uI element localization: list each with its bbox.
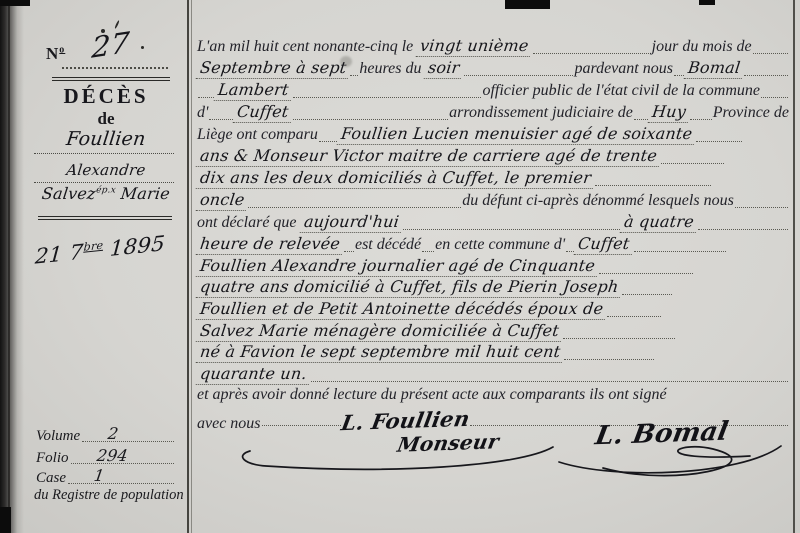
dotted-blank-line [761, 96, 788, 98]
date-year: 1895 [109, 231, 166, 261]
dotted-blank-line [698, 228, 788, 230]
act-line: Septembre à septheures du soirpardevant … [197, 58, 789, 80]
dotted-blank-line [248, 206, 461, 208]
dotted-blank-line [344, 250, 354, 252]
act-text-handwritten: Huy [648, 102, 690, 123]
page-right-edge [793, 0, 795, 533]
dotted-blank-line [661, 162, 725, 164]
margin-date: 21 7bre 1895 [34, 231, 165, 268]
column-separator-rule [187, 0, 189, 533]
dotted-blank-line [293, 96, 482, 98]
act-line: ans & Monseur Victor maitre de carriere … [197, 146, 789, 168]
scan-ink-mark [0, 0, 30, 6]
dotted-blank-line [34, 181, 174, 183]
act-line: né à Favion le sept septembre mil huit c… [197, 342, 789, 364]
ink-speck [141, 46, 144, 49]
act-line: Foullien et de Petit Antoinette décédés … [197, 299, 789, 321]
date-month-sup: bre [83, 239, 104, 254]
act-line: d'Cuffetarrondissement judiciaire deHuyP… [197, 102, 789, 124]
dotted-blank-line [674, 74, 684, 76]
dotted-blank-line [735, 206, 788, 208]
act-text-handwritten: Cuffet [574, 234, 634, 255]
book-binding-edge [0, 0, 24, 533]
act-text-handwritten: Foullien Alexandre journalier agé de Cin… [196, 256, 600, 277]
deceased-surname: Foullien [29, 128, 184, 150]
dotted-blank-line [403, 228, 620, 230]
volume-value: 2 [107, 424, 120, 443]
volume-label: Volume [36, 428, 80, 445]
dotted-blank-line [422, 250, 434, 252]
dotted-blank-line [262, 424, 341, 426]
act-text-printed: pardevant nous [574, 60, 673, 78]
act-text-printed: et après avoir donné lecture du présent … [197, 386, 667, 404]
spouse-surname: Salvez [41, 184, 97, 203]
act-text-handwritten: aujourd'hui [299, 212, 403, 233]
act-text-printed: arrondissement judiciaire de [449, 104, 633, 122]
dotted-blank-line: 1 [68, 482, 174, 484]
dotted-blank-line [464, 74, 574, 76]
act-text-printed: d' [197, 104, 208, 122]
act-line: dix ans les deux domiciliés à Cuffet, le… [197, 168, 789, 190]
dotted-blank-line [696, 140, 742, 142]
dotted-blank-line [34, 152, 174, 154]
act-text-handwritten: soir [424, 58, 464, 79]
dotted-blank-line [198, 96, 214, 98]
date-day-month: 21 7 [34, 240, 84, 269]
act-text-handwritten: à quatre [619, 212, 697, 233]
dotted-blank-line: 2 [82, 440, 174, 442]
act-line: L'an mil huit cent nonante-cinq le vingt… [197, 36, 789, 58]
act-text-printed: jour du mois de [652, 38, 752, 56]
register-note: du Registre de population [34, 487, 184, 504]
act-text-handwritten: Bomal [684, 58, 745, 79]
act-line: Salvez Marie ménagère domiciliée à Cuffe… [197, 321, 789, 343]
dotted-blank-line [564, 358, 653, 360]
spouse-abbrev: ép.x [95, 186, 116, 196]
dotted-blank-line [634, 118, 648, 120]
act-text-handwritten: quatre ans domicilié à Cuffet, fils de P… [196, 277, 623, 298]
dotted-blank-line [566, 250, 574, 252]
act-number-label: No [46, 44, 65, 64]
number-sup-o: o [59, 44, 65, 55]
dotted-blank-line [350, 74, 358, 76]
number-n: N [46, 44, 59, 63]
act-line: Liège ont comparuFoullien Lucien menuisi… [197, 124, 789, 146]
act-line: et après avoir donné lecture du présent … [197, 386, 789, 408]
scan-ink-mark [0, 507, 11, 533]
act-text-printed: L'an mil huit cent nonante-cinq le [197, 38, 417, 56]
act-text-handwritten: dix ans les deux domiciliés à Cuffet, le… [196, 168, 596, 189]
act-text-printed: du défunt ci-après dénommé lesquels nous [462, 192, 734, 210]
dotted-blank-line [753, 52, 788, 54]
dotted-blank-line [690, 118, 712, 120]
act-line: ont déclaré que aujourd'huià quatre [197, 212, 789, 234]
folio-row: Folio 294 [36, 450, 174, 467]
act-text-printed: Province de [713, 104, 789, 122]
spouse-name: Salvezép.x Marie [29, 184, 183, 203]
dotted-blank-line [595, 184, 711, 186]
dotted-blank-line [563, 337, 676, 339]
act-text-handwritten: né à Favion le sept septembre mil huit c… [196, 342, 565, 363]
dotted-blank-line [744, 74, 788, 76]
act-text-printed: heures du [359, 60, 425, 78]
dotted-blank-line [533, 52, 651, 54]
dotted-blank-line [62, 66, 168, 69]
act-text-printed: en cette commune d' [435, 236, 565, 254]
signature-flourish [228, 441, 558, 477]
act-text-printed: officier public de l'état civil de la co… [482, 82, 760, 100]
death-record-scan: No 27 DÉCÈS de Foullien Alexandre Salvez… [0, 0, 800, 533]
binding-streak [8, 0, 10, 533]
volume-row: Volume 2 [36, 428, 174, 445]
dotted-blank-line [622, 293, 672, 295]
dotted-blank-line [634, 250, 727, 252]
act-text-handwritten: Cuffet [233, 102, 293, 123]
act-text-handwritten: heure de relevée [196, 234, 345, 255]
case-row: Case 1 [36, 470, 174, 487]
spouse-firstname: Marie [120, 184, 171, 203]
rule-line [52, 77, 170, 81]
act-text-printed: avec nous [197, 415, 261, 433]
dotted-blank-line [599, 272, 694, 274]
record-type-title: DÉCÈS [30, 84, 182, 109]
folio-value: 294 [95, 446, 128, 465]
act-text-handwritten: Foullien et de Petit Antoinette décédés … [196, 299, 608, 320]
dotted-blank-line [293, 118, 448, 120]
case-label: Case [36, 470, 66, 487]
act-text-handwritten: quarante un. [196, 364, 311, 385]
act-text-handwritten: Salvez Marie ménagère domiciliée à Cuffe… [196, 321, 563, 342]
act-line: quarante un. [197, 364, 789, 386]
dotted-blank-line [209, 118, 233, 120]
act-line: quatre ans domicilié à Cuffet, fils de P… [197, 277, 789, 299]
act-text-handwritten: oncle [196, 190, 249, 211]
dotted-blank-line [319, 140, 337, 142]
case-value: 1 [93, 466, 106, 485]
act-text-printed: est décédé [355, 236, 421, 254]
dotted-blank-line: 294 [71, 462, 175, 464]
act-text-printed: Liège ont comparu [197, 126, 318, 144]
dotted-blank-line [311, 380, 788, 382]
act-line: heure de relevéeest décédéen cette commu… [197, 234, 789, 256]
rule-line [38, 216, 172, 220]
act-line: Foullien Alexandre journalier agé de Cin… [197, 256, 789, 278]
act-text-handwritten: Foullien Lucien menuisier agé de soixant… [337, 124, 697, 145]
signature-flourish [545, 436, 790, 488]
act-line: oncledu défunt ci-après dénommé lesquels… [197, 190, 789, 212]
column-separator-rule [191, 0, 192, 533]
title-de-label: de [30, 109, 182, 129]
act-text-handwritten: vingt unième [416, 36, 533, 57]
act-line: Lambertofficier public de l'état civil d… [197, 80, 789, 102]
act-text-handwritten: Lambert [214, 80, 293, 101]
act-number-value: 27 [91, 25, 131, 64]
act-text-handwritten: Septembre à sept [196, 58, 351, 79]
deceased-firstname: Alexandre [29, 161, 183, 179]
folio-label: Folio [36, 450, 69, 467]
act-text-printed: ont déclaré que [197, 214, 301, 232]
act-text-handwritten: ans & Monseur Victor maitre de carriere … [196, 146, 662, 167]
dotted-blank-line [607, 315, 661, 317]
